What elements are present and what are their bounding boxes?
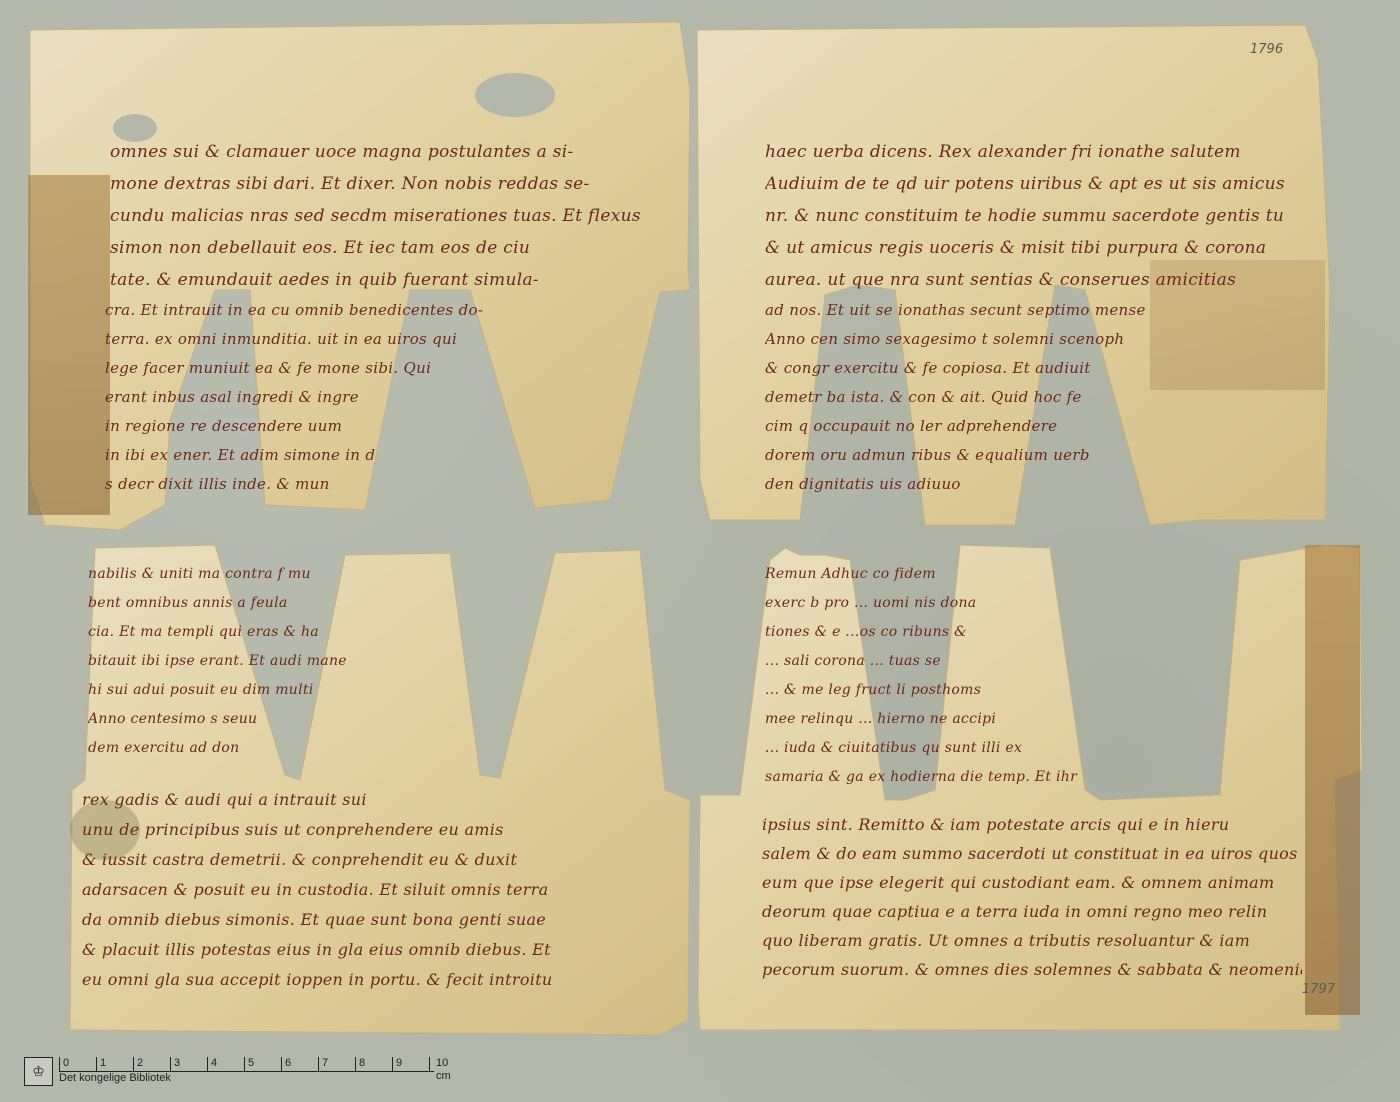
crown-icon: ♔ [24,1057,53,1086]
ruler-tick: 5 [244,1057,254,1071]
ruler-tick: 3 [170,1057,180,1071]
ruler-tick: 8 [355,1057,365,1071]
ruler-tick: 1 [96,1057,106,1071]
ruler-end-tick [429,1057,433,1071]
manuscript-fragments [0,0,1400,1102]
fragment-top-right [697,25,1330,525]
shelfmark-1797: 1797 [1302,982,1335,997]
ruler-tick: 9 [392,1057,402,1071]
fragment-bottom-left [70,545,690,1035]
fragment-top-left [28,22,690,530]
ruler-tick: 0 [59,1057,69,1071]
ruler-tick: 6 [281,1057,291,1071]
ruler-tick: 4 [207,1057,217,1071]
ruler-tick: 2 [133,1057,143,1071]
shelfmark-1796: 1796 [1250,42,1283,57]
fragment-bottom-right [698,545,1362,1030]
institution-name: Det kongelige Bibliotek [59,1072,171,1084]
ruler-tick: 7 [318,1057,328,1071]
ruler: 0 1 2 3 4 5 6 7 8 9 [59,1057,434,1072]
ruler-unit-label: 10 cm [436,1057,451,1083]
